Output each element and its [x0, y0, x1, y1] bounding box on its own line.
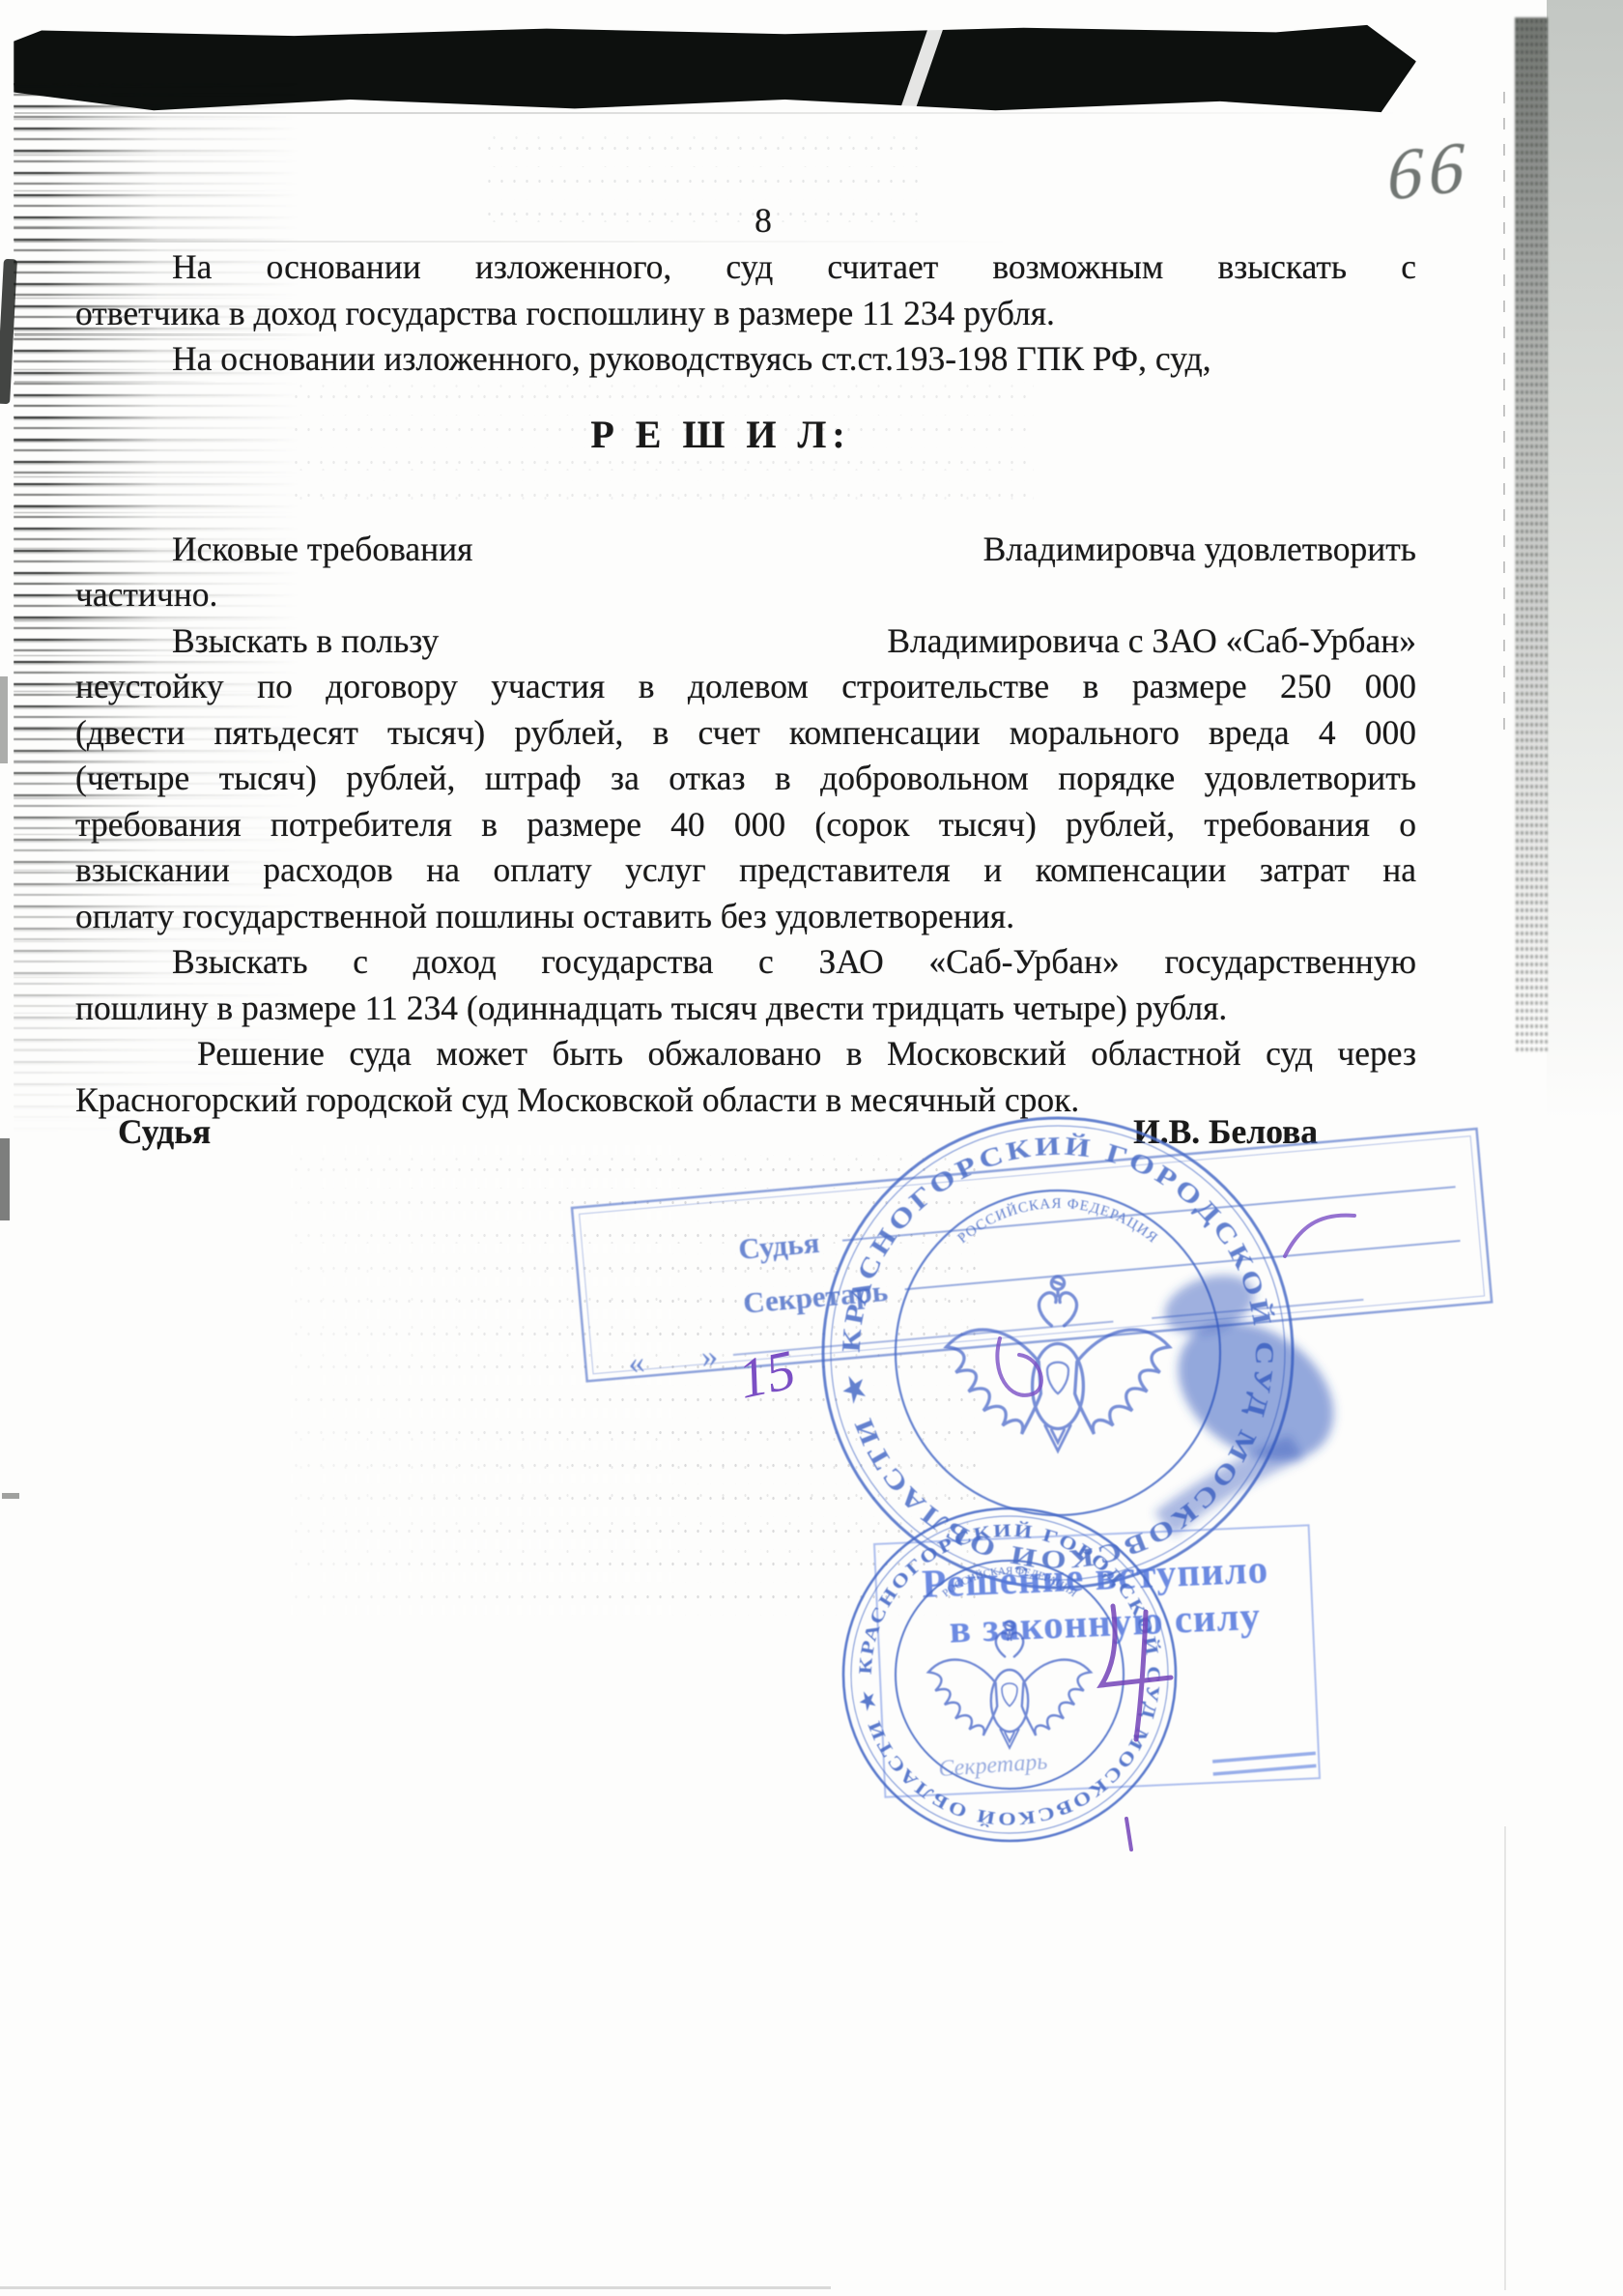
stamps-overlay: Судья Секретарь « » КРАСНОГОРСКИЙ ГОРОДС… — [0, 0, 1623, 2296]
seal-eagle-icon — [947, 1277, 1170, 1450]
stamp-quote-open: « — [627, 1344, 646, 1381]
handwritten-day: 15 — [733, 1337, 801, 1411]
stamp-judge-label: Судья — [737, 1225, 821, 1266]
certification-stamp: Судья Секретарь « » — [572, 1129, 1492, 1385]
stamp-quote-close: » — [699, 1338, 719, 1375]
seal-secretary-label: Секретарь — [938, 1749, 1049, 1782]
